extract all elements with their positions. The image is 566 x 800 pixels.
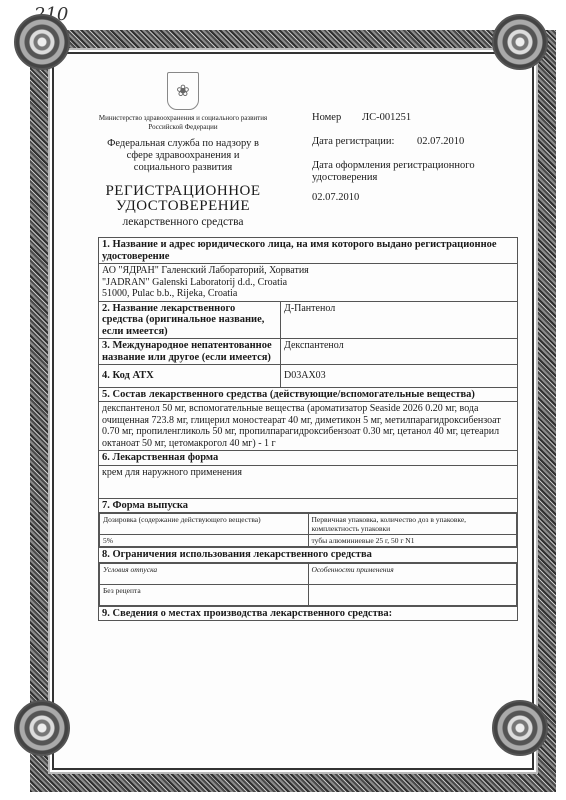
release-form-table: Дозировка (содержание действующего вещес…	[99, 513, 517, 547]
dosage-form: крем для наружного применения	[99, 465, 518, 498]
packaging-header: Первичная упаковка, количество доз в упа…	[308, 514, 517, 535]
packaging-value: тубы алюминиевые 25 г, 50 г N1	[308, 535, 517, 547]
inn-name: Декспантенол	[281, 339, 518, 365]
service-name: Федеральная служба по надзору в сфере зд…	[98, 138, 268, 174]
sections-table: 1. Название и адрес юридического лица, н…	[98, 237, 518, 621]
document-title: РЕГИСТРАЦИОННОЕ УДОСТОВЕРЕНИЕ	[98, 184, 268, 214]
usage-notes-header: Особенности применения	[308, 563, 517, 584]
section-3-title: 3. Международное непатентованное названи…	[99, 339, 281, 365]
holder-line: 51000, Pulac b.b., Rijeka, Croatia	[102, 288, 514, 300]
frame-rosette-icon	[492, 700, 548, 756]
section-7-title: 7. Форма выпуска	[99, 498, 518, 513]
section-5-title: 5. Состав лекарственного средства (дейст…	[99, 387, 518, 402]
holder-line: "JADRAN" Galenski Laboratorij d.d., Croa…	[102, 277, 514, 289]
frame-rosette-icon	[14, 14, 70, 70]
section-1-title: 1. Название и адрес юридического лица, н…	[102, 239, 514, 262]
dosage-header: Дозировка (содержание действующего вещес…	[100, 514, 309, 535]
issuer-block: ❀ Министерство здравоохранения и социаль…	[98, 72, 268, 228]
ministry-name: Министерство здравоохранения и социально…	[98, 114, 268, 132]
atc-code: D03AX03	[281, 365, 518, 388]
section-6-title: 6. Лекарственная форма	[99, 451, 518, 466]
dispensing-header: Условия отпуска	[100, 563, 309, 584]
holder-line: АО "ЯДРАН" Галенский Лабораторий, Хорват…	[102, 265, 514, 277]
section-2-title: 2. Название лекарственного средства (ори…	[99, 301, 281, 339]
certificate-content: ❀ Министерство здравоохранения и социаль…	[98, 72, 520, 621]
number-value: ЛС-001251	[362, 112, 411, 124]
section-9-title: 9. Сведения о местах производства лекарс…	[99, 606, 518, 621]
usage-notes-value	[308, 584, 517, 605]
composition: декспантенол 50 мг, вспомогательные веще…	[99, 402, 518, 451]
section-8-title: 8. Ограничения использования лекарственн…	[99, 548, 518, 563]
restrictions-table: Условия отпуска Особенности применения Б…	[99, 563, 517, 606]
document-subtitle: лекарственного средства	[98, 216, 268, 228]
coat-of-arms-icon: ❀	[167, 72, 199, 110]
dispensing-value: Без рецепта	[100, 584, 309, 605]
reg-date-label: Дата регистрации:	[312, 136, 417, 148]
reg-date-value: 02.07.2010	[417, 136, 464, 148]
trade-name: Д-Пантенол	[281, 301, 518, 339]
frame-rosette-icon	[492, 14, 548, 70]
issue-date-label: Дата оформления регистрационного удостов…	[312, 160, 517, 184]
frame-rosette-icon	[14, 700, 70, 756]
certificate-header: ❀ Министерство здравоохранения и социаль…	[98, 72, 520, 237]
issue-date-value: 02.07.2010	[312, 192, 517, 204]
section-4-title: 4. Код АТХ	[99, 365, 281, 388]
number-label: Номер	[312, 112, 362, 124]
dosage-value: 5%	[100, 535, 309, 547]
registration-info: Номер ЛС-001251 Дата регистрации: 02.07.…	[312, 112, 517, 204]
section-1: 1. Название и адрес юридического лица, н…	[99, 238, 518, 264]
